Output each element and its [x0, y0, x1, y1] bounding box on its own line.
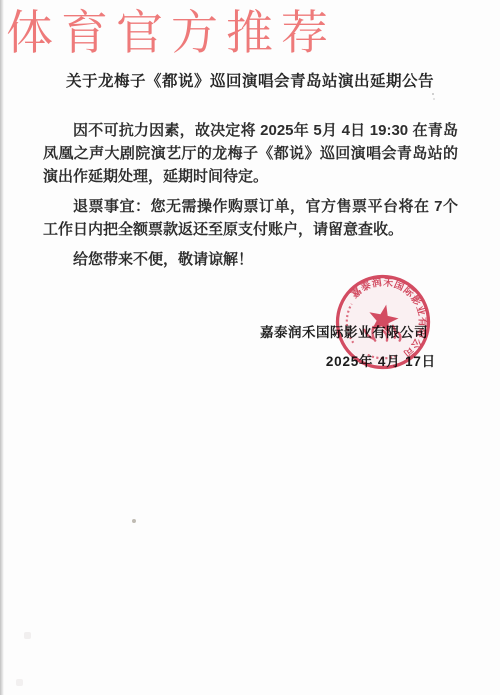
- scan-artifact-dots: [432, 93, 434, 95]
- company-seal-stamp: 嘉泰润禾国际影业有限公司: [334, 273, 432, 371]
- paper-speck: [132, 519, 136, 523]
- paragraph-refund-info: 退票事宜：您无需操作购票订单，官方售票平台将在 7个工作日内把全额票款返还至原支…: [43, 195, 458, 241]
- paragraph-apology: 给您带来不便，敬请谅解！: [43, 248, 458, 271]
- seal-graphic: 嘉泰润禾国际影业有限公司: [334, 273, 432, 371]
- page-title: 关于龙梅子《都说》巡回演唱会青岛站演出延期公告: [0, 69, 500, 91]
- document-body: 因不可抗力因素，故决定将 2025年 5月 4日 19:30 在青岛凤凰之声大剧…: [43, 119, 458, 271]
- scan-artifact-faint: [16, 679, 23, 686]
- watermark-text: 体育官方推荐: [6, 0, 336, 63]
- announcement-document: 体育官方推荐 关于龙梅子《都说》巡回演唱会青岛站演出延期公告 因不可抗力因素，故…: [0, 0, 500, 695]
- scan-edge-shadow: [0, 0, 4, 695]
- paper-stain: [135, 488, 152, 504]
- paragraph-postpone-reason: 因不可抗力因素，故决定将 2025年 5月 4日 19:30 在青岛凤凰之声大剧…: [43, 119, 458, 188]
- scan-artifact-faint: [24, 632, 31, 639]
